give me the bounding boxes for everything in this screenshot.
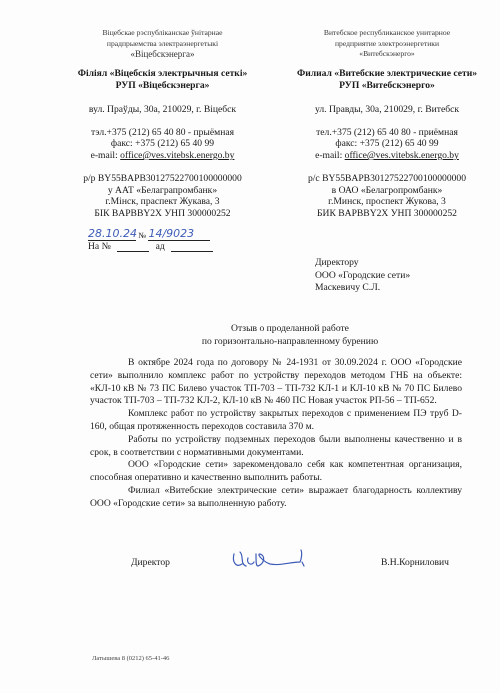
bank-name: в ОАО «Белагропромбанк» [282,185,492,197]
letter-page: Віцебскае рэспубліканскае ўнітарнае прад… [0,0,500,693]
bank-address: г.Мінск, праспект Жукава, 3 [70,196,255,208]
document-title: Отзыв о проделанной работе по горизонтал… [80,322,500,348]
branch-line: Филиал «Витебские электрические сети» [282,68,492,80]
phone: тэл.+375 (212) 65 40 80 - прыёмная [70,127,255,139]
org-line: прадпрыемства электраэнергетыкі [70,39,255,50]
email-link[interactable]: office@ves.vitebsk.energo.by [345,150,459,161]
bank-codes: БІК BAPBBY2X УНП 300000252 [70,208,255,220]
contacts-ru: тел.+375 (212) 65 40 80 - приёмная факс:… [282,127,492,162]
title-line: по горизонтально-направленному бурению [80,335,500,348]
branch-line: РУП «Віцебскэнерга» [70,80,255,92]
address-by: вул. Праўды, 30а, 210029, г. Віцебск [70,104,255,115]
signatory-name: В.Н.Корнилович [381,557,449,568]
email-label: e-mail: [315,150,345,161]
email-line: e-mail: office@ves.vitebsk.energo.by [282,150,492,162]
reply-number-blank [117,242,149,252]
reply-date-label: ад [156,241,165,252]
paragraph: В октябре 2024 года по договору № 24-193… [90,357,462,408]
executor-contact: Латышева 8 (0212) 65-41-46 [92,655,169,662]
addressee-block: Директору ООО «Городские сети» Маскевичу… [315,257,410,295]
reply-date-blank [171,242,213,252]
registration-line: 28.10.24 № 14/9023 [88,227,210,241]
bank-name: у ААТ «Белаграпромбанк» [70,185,255,197]
branch-line: РУП «Витебскэнерго» [282,80,492,92]
org-line: Віцебскае рэспубліканскае ўнітарнае [70,28,255,39]
addressee-name: Маскевичу С.Л. [315,282,410,295]
addressee-position: Директору [315,257,410,270]
bank-address: г.Минск, проспект Жукова, 3 [282,196,492,208]
fax: факс: +375 (212) 65 40 99 [282,138,492,150]
account: р/с BY55BAPB30127522700100000000 [282,173,492,185]
org-name-by: Віцебскае рэспубліканскае ўнітарнае прад… [70,28,255,60]
handwritten-signature-icon [230,548,310,572]
reply-reference-line: На № ад [88,241,213,252]
branch-name-by: Філіял «Віцебскія электрычныя сеткі» РУП… [70,68,255,92]
org-line: «Витебскэнерго» [282,49,492,60]
org-line: Витебское республиканское унитарное [282,28,492,39]
letterhead-belarusian: Віцебскае рэспубліканскае ўнітарнае прад… [70,28,255,220]
reply-number-label: На № [88,241,111,252]
handwritten-date: 28.10.24 [88,227,136,241]
number-label: № [138,231,146,240]
title-line: Отзыв о проделанной работе [80,322,500,335]
bank-details-by: р/р BY55BAPB30127522700100000000 у ААТ «… [70,173,255,220]
handwritten-number: 14/9023 [148,227,210,241]
org-name-ru: Витебское республиканское унитарное пред… [282,28,492,60]
branch-name-ru: Филиал «Витебские электрические сети» РУ… [282,68,492,92]
bank-codes: БИК BAPBBY2X УНП 300000252 [282,208,492,220]
paragraph: Комплекс работ по устройству закрытых пе… [90,408,462,434]
address-ru: ул. Правды, 30а, 210029, г. Витебск [282,104,492,115]
email-link[interactable]: office@ves.vitebsk.energo.by [120,150,234,161]
fax: факс: +375 (212) 65 40 99 [70,138,255,150]
letter-body: В октябре 2024 года по договору № 24-193… [90,357,462,511]
account: р/р BY55BAPB30127522700100000000 [70,173,255,185]
paragraph: Филиал «Витебские электрические сети» вы… [90,485,462,511]
signatory-role: Директор [131,557,170,568]
org-line: предприятие электроэнергетики [282,39,492,50]
paragraph: ООО «Городские сети» зарекомендовало себ… [90,459,462,485]
org-line: «Віцебскэнерга» [70,49,255,60]
branch-line: Філіял «Віцебскія электрычныя сеткі» [70,68,255,80]
phone: тел.+375 (212) 65 40 80 - приёмная [282,127,492,139]
letterhead-russian: Витебское республиканское унитарное пред… [282,28,492,220]
email-label: e-mail: [91,150,121,161]
bank-details-ru: р/с BY55BAPB30127522700100000000 в ОАО «… [282,173,492,220]
paragraph: Работы по устройству подземных переходов… [90,434,462,460]
email-line: e-mail: office@ves.vitebsk.energo.by [70,150,255,162]
addressee-company: ООО «Городские сети» [315,270,410,283]
contacts-by: тэл.+375 (212) 65 40 80 - прыёмная факс:… [70,127,255,162]
